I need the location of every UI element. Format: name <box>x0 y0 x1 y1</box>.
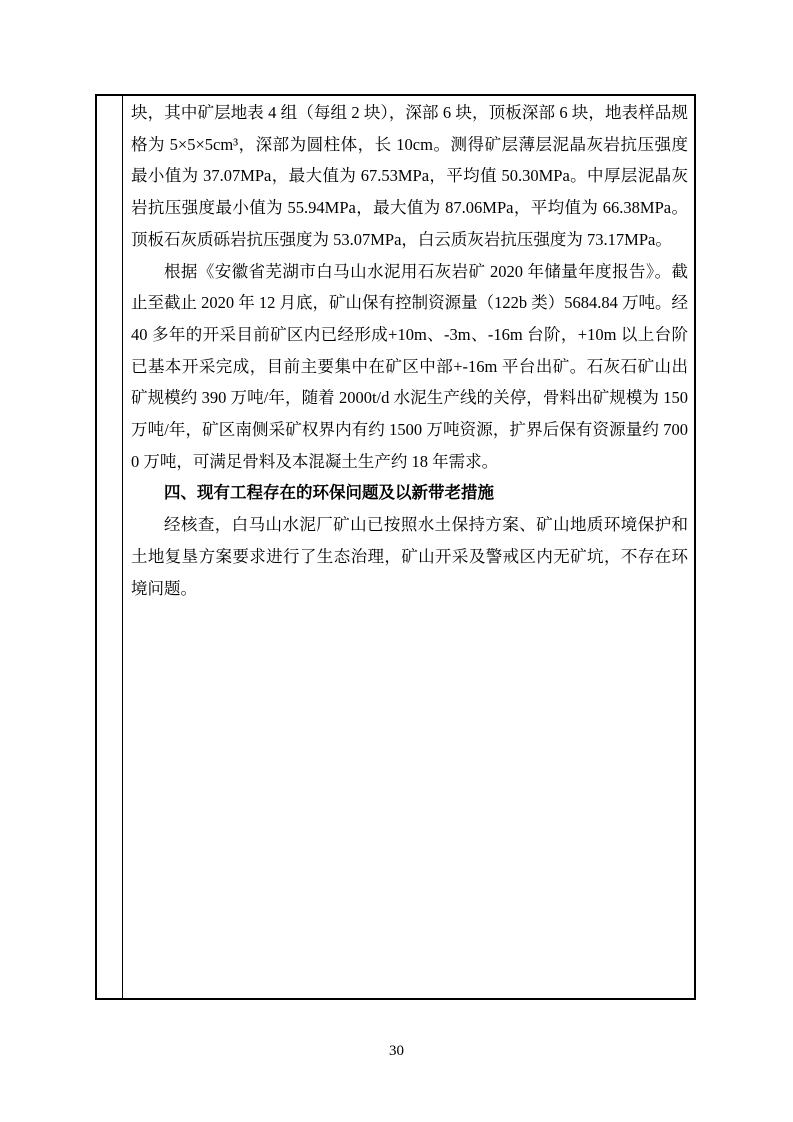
content-table: 块，其中矿层地表 4 组（每组 2 块），深部 6 块，顶板深部 6 块，地表样… <box>95 94 696 1000</box>
section-heading-existing-project-env-issues: 四、现有工程存在的环保问题及以新带老措施 <box>131 477 688 509</box>
paragraph-ore-sample-strength: 块，其中矿层地表 4 组（每组 2 块），深部 6 块，顶板深部 6 块，地表样… <box>131 97 688 256</box>
document-page: 块，其中矿层地表 4 组（每组 2 块），深部 6 块，顶板深部 6 块，地表样… <box>0 0 793 1122</box>
paragraph-reserve-report: 根据《安徽省芜湖市白马山水泥用石灰岩矿 2020 年储量年度报告》。截止至截止 … <box>131 256 688 478</box>
table-left-column <box>97 96 123 998</box>
page-number: 30 <box>0 1041 793 1061</box>
table-content-cell: 块，其中矿层地表 4 组（每组 2 块），深部 6 块，顶板深部 6 块，地表样… <box>123 96 694 998</box>
paragraph-eco-remediation: 经核查，白马山水泥厂矿山已按照水土保持方案、矿山地质环境保护和土地复垦方案要求进… <box>131 509 688 604</box>
